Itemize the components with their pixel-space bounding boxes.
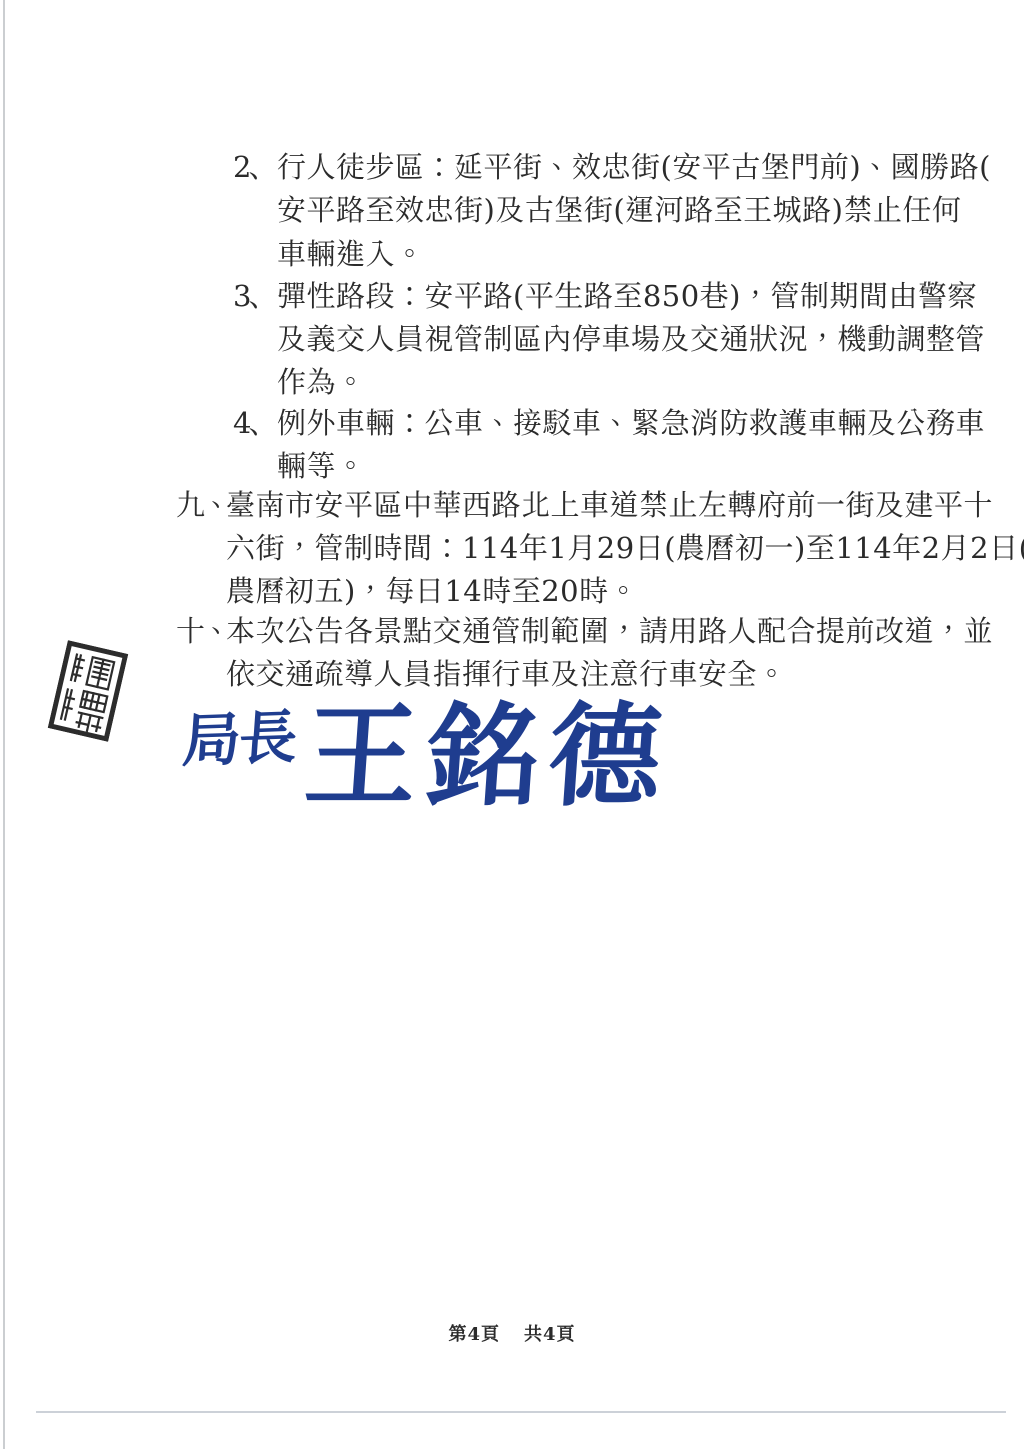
body-line: 輛等。 xyxy=(277,448,366,484)
body-line-text: 農曆初五)，每日14時至20時。 xyxy=(226,574,638,608)
body-line-text: 彈性路段：安平路(平生路至850巷)，管制期間由警察 xyxy=(277,279,977,313)
item-marker: 十、 xyxy=(176,613,226,649)
signature-name: 王銘德 xyxy=(300,682,676,832)
body-line: 農曆初五)，每日14時至20時。 xyxy=(226,573,638,609)
body-line: 4、例外車輛：公車、接駁車、緊急消防救護車輛及公務車 xyxy=(233,405,985,441)
item-marker: 九、 xyxy=(176,487,226,523)
body-line-text: 車輛進入。 xyxy=(277,237,425,271)
footer-total-pages: 共4頁 xyxy=(524,1324,576,1345)
body-line: 2、行人徒步區：延平街、效忠街(安平古堡門前)、國勝路( xyxy=(233,149,991,185)
body-line-text: 例外車輛：公車、接駁車、緊急消防救護車輛及公務車 xyxy=(277,406,985,440)
body-line: 作為。 xyxy=(277,364,366,400)
body-line: 十、本次公告各景點交通管制範圍，請用路人配合提前改道，並 xyxy=(176,613,993,649)
body-line-text: 行人徒步區：延平街、效忠街(安平古堡門前)、國勝路( xyxy=(277,150,991,184)
scan-edge-line-bottom xyxy=(36,1411,1006,1413)
body-line: 安平路至效忠街)及古堡街(運河路至王城路)禁止任何 xyxy=(277,192,961,228)
item-marker: 3、 xyxy=(233,278,277,314)
body-line-text: 及義交人員視管制區內停車場及交通狀況，機動調整管 xyxy=(277,322,985,356)
body-line: 九、臺南市安平區中華西路北上車道禁止左轉府前一街及建平十 xyxy=(176,487,993,523)
item-marker: 2、 xyxy=(233,149,277,185)
scan-edge-line-left xyxy=(3,0,5,1449)
body-line-text: 臺南市安平區中華西路北上車道禁止左轉府前一街及建平十 xyxy=(226,488,993,522)
body-line: 及義交人員視管制區內停車場及交通狀況，機動調整管 xyxy=(277,321,985,357)
body-line-text: 安平路至效忠街)及古堡街(運河路至王城路)禁止任何 xyxy=(277,193,961,227)
body-line-text: 輛等。 xyxy=(277,449,366,483)
item-marker: 4、 xyxy=(233,405,277,441)
body-line-text: 六街，管制時間：114年1月29日(農曆初一)至114年2月2日( xyxy=(226,531,1024,565)
body-line-text: 作為。 xyxy=(277,365,366,399)
page-footer: 第4頁共4頁 xyxy=(0,1322,1024,1348)
body-line: 六街，管制時間：114年1月29日(農曆初一)至114年2月2日( xyxy=(226,530,1024,566)
footer-page-number: 第4頁 xyxy=(448,1324,500,1345)
body-line: 3、彈性路段：安平路(平生路至850巷)，管制期間由警察 xyxy=(233,278,977,314)
body-line: 車輛進入。 xyxy=(277,236,425,272)
official-seal-stamp-icon xyxy=(48,640,129,742)
scanned-document-page: 2、行人徒步區：延平街、效忠街(安平古堡門前)、國勝路( 安平路至效忠街)及古堡… xyxy=(0,0,1024,1449)
body-line-text: 本次公告各景點交通管制範圍，請用路人配合提前改道，並 xyxy=(226,614,993,648)
signature-title: 局長 xyxy=(180,698,298,780)
